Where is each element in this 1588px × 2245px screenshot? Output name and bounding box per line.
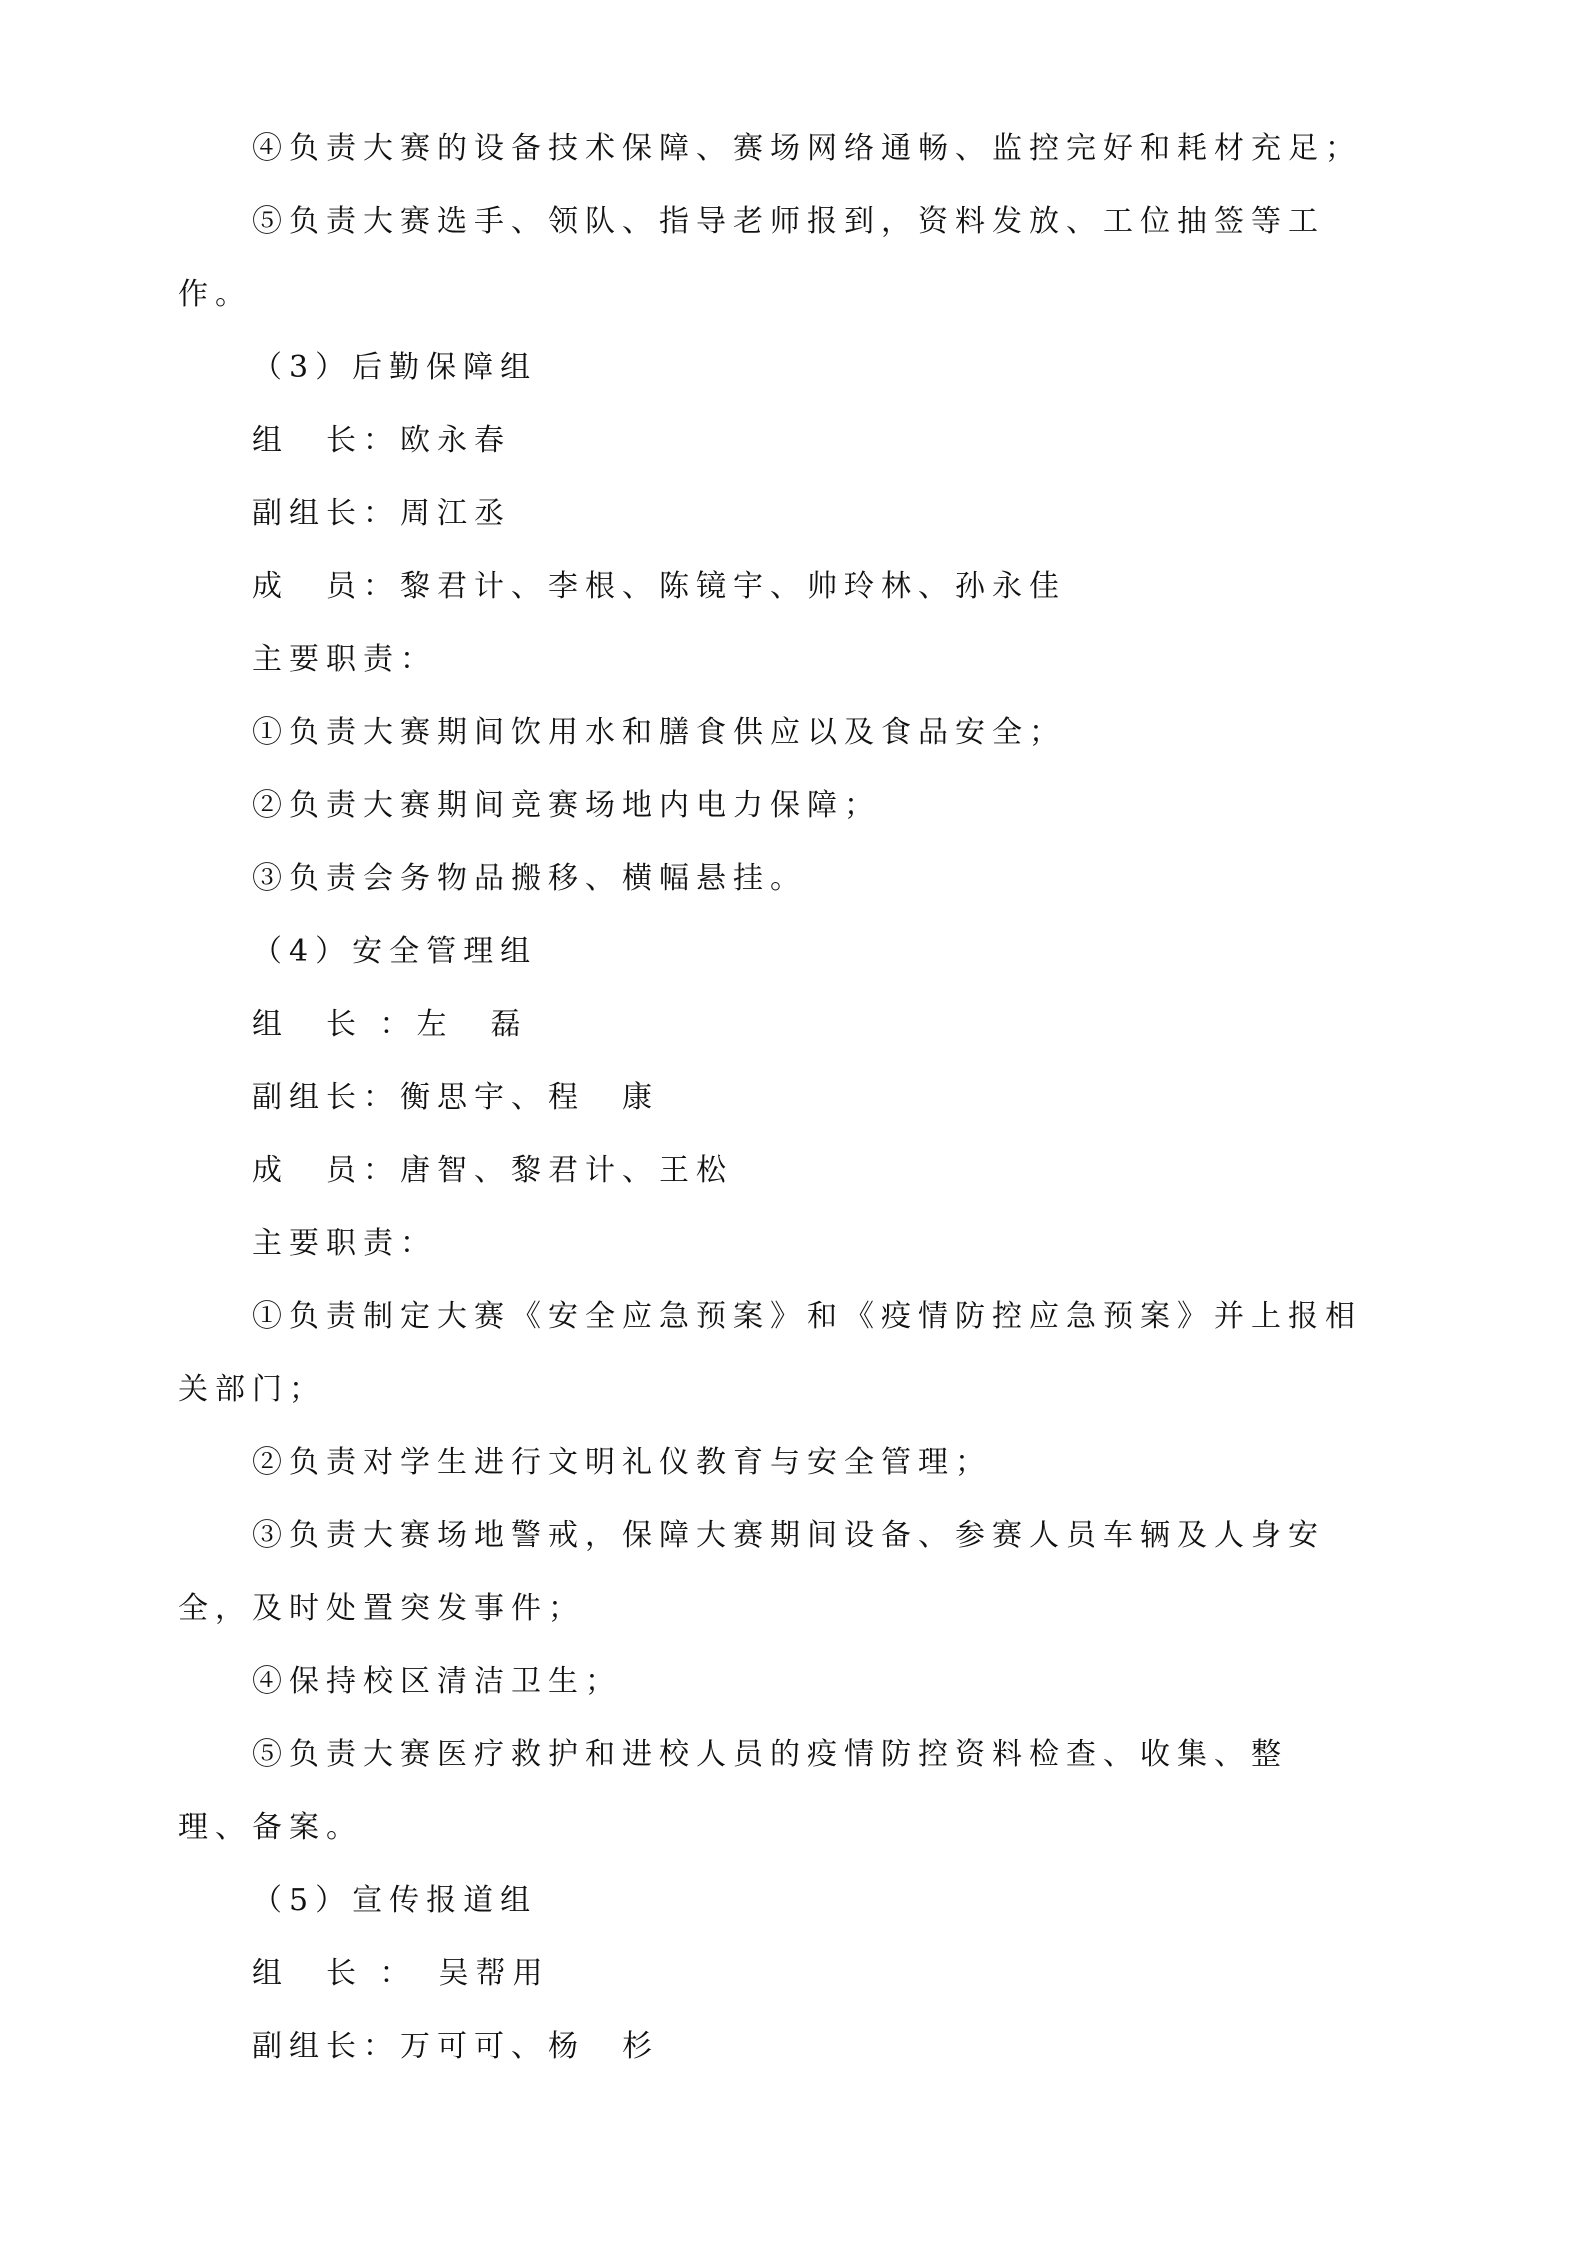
duty-item-4-equipment: ④负责大赛的设备技术保障、赛场网络通畅、监控完好和耗材充足； — [178, 112, 1378, 185]
duty-item-5-registration: ⑤负责大赛选手、领队、指导老师报到，资料发放、工位抽签等工 — [178, 185, 1378, 258]
section-heading-logistics: （3）后勤保障组 — [178, 331, 1378, 404]
document-page: ④负责大赛的设备技术保障、赛场网络通畅、监控完好和耗材充足； ⑤负责大赛选手、领… — [178, 112, 1378, 2083]
safety-duty-5-continuation: 理、备案。 — [178, 1791, 1378, 1864]
section-heading-safety: （4）安全管理组 — [178, 915, 1378, 988]
safety-members: 成 员：唐智、黎君计、王松 — [178, 1134, 1378, 1207]
safety-duty-4: ④保持校区清洁卫生； — [178, 1645, 1378, 1718]
safety-duty-2: ②负责对学生进行文明礼仪教育与安全管理； — [178, 1426, 1378, 1499]
logistics-members: 成 员：黎君计、李根、陈镜宇、帅玲林、孙永佳 — [178, 550, 1378, 623]
logistics-duties-label: 主要职责： — [178, 623, 1378, 696]
safety-duty-3-continuation: 全，及时处置突发事件； — [178, 1572, 1378, 1645]
logistics-duty-3: ③负责会务物品搬移、横幅悬挂。 — [178, 842, 1378, 915]
safety-deputy-leader: 副组长：衡思宇、程 康 — [178, 1061, 1378, 1134]
logistics-duty-2: ②负责大赛期间竞赛场地内电力保障； — [178, 769, 1378, 842]
safety-duties-label: 主要职责： — [178, 1207, 1378, 1280]
logistics-leader: 组 长：欧永春 — [178, 404, 1378, 477]
safety-leader: 组 长 ：左 磊 — [178, 988, 1378, 1061]
publicity-deputy-leader: 副组长：万可可、杨 杉 — [178, 2010, 1378, 2083]
logistics-duty-1: ①负责大赛期间饮用水和膳食供应以及食品安全； — [178, 696, 1378, 769]
logistics-deputy-leader: 副组长：周江丞 — [178, 477, 1378, 550]
safety-duty-5: ⑤负责大赛医疗救护和进校人员的疫情防控资料检查、收集、整 — [178, 1718, 1378, 1791]
duty-item-5-continuation: 作。 — [178, 258, 1378, 331]
safety-duty-1-continuation: 关部门； — [178, 1353, 1378, 1426]
safety-duty-3: ③负责大赛场地警戒，保障大赛期间设备、参赛人员车辆及人身安 — [178, 1499, 1378, 1572]
safety-duty-1: ①负责制定大赛《安全应急预案》和《疫情防控应急预案》并上报相 — [178, 1280, 1378, 1353]
section-heading-publicity: （5）宣传报道组 — [178, 1864, 1378, 1937]
publicity-leader: 组 长 ： 吴帮用 — [178, 1937, 1378, 2010]
